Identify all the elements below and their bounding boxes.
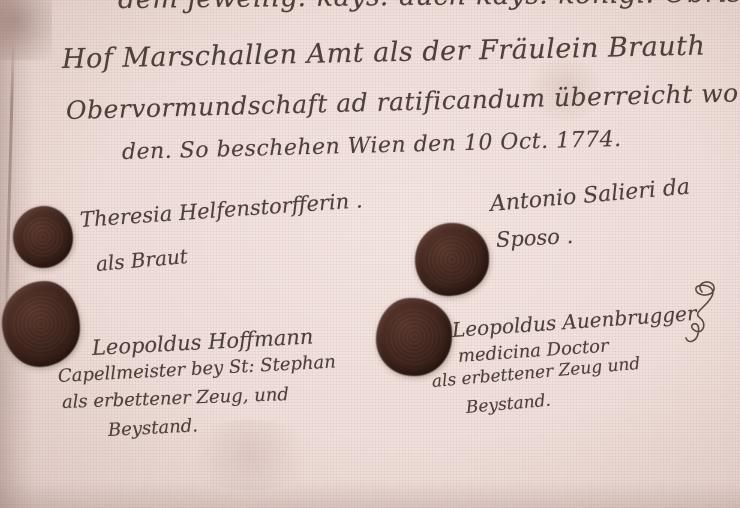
signature-bride-role: als Braut: [95, 244, 189, 276]
paper-edge-shadow-bottom: [0, 482, 740, 508]
signature-groom-name: Antonio Salieri da: [489, 175, 691, 217]
signature-groom-role: Sposo .: [495, 224, 573, 252]
wax-seal-1: [13, 206, 73, 268]
signature-bride-name: Theresia Helfenstorfferin .: [79, 188, 363, 232]
document-scan: dem jeweilig: kays: auch kays: königl: O…: [0, 0, 740, 508]
wax-seal-3: [415, 223, 489, 296]
paper-stain: [180, 420, 320, 490]
body-line-4: den. So beschehen Wien den 10 Oct. 1774.: [122, 127, 622, 165]
body-line-2: Hof Marschallen Amt als der Fräulein Bra…: [62, 31, 706, 75]
paper-corner-stain: [0, 0, 52, 60]
body-line-1: dem jeweilig: kays: auch kays: königl: O…: [118, 0, 740, 15]
wax-seal-4: [376, 298, 452, 376]
signature-hoffmann-role-line2: Beystand.: [107, 415, 198, 441]
wax-seal-2: [2, 281, 80, 367]
signature-hoffmann-role-line1: als erbettener Zeug, und: [62, 384, 290, 413]
signature-auenbrugger-role-line2: Beystand.: [465, 391, 552, 418]
signature-flourish-icon: [672, 278, 724, 350]
body-line-3: Obervormundschaft ad ratificandum überre…: [66, 78, 740, 125]
signature-auenbrugger-name: Leopoldus Auenbrugger: [451, 301, 697, 342]
